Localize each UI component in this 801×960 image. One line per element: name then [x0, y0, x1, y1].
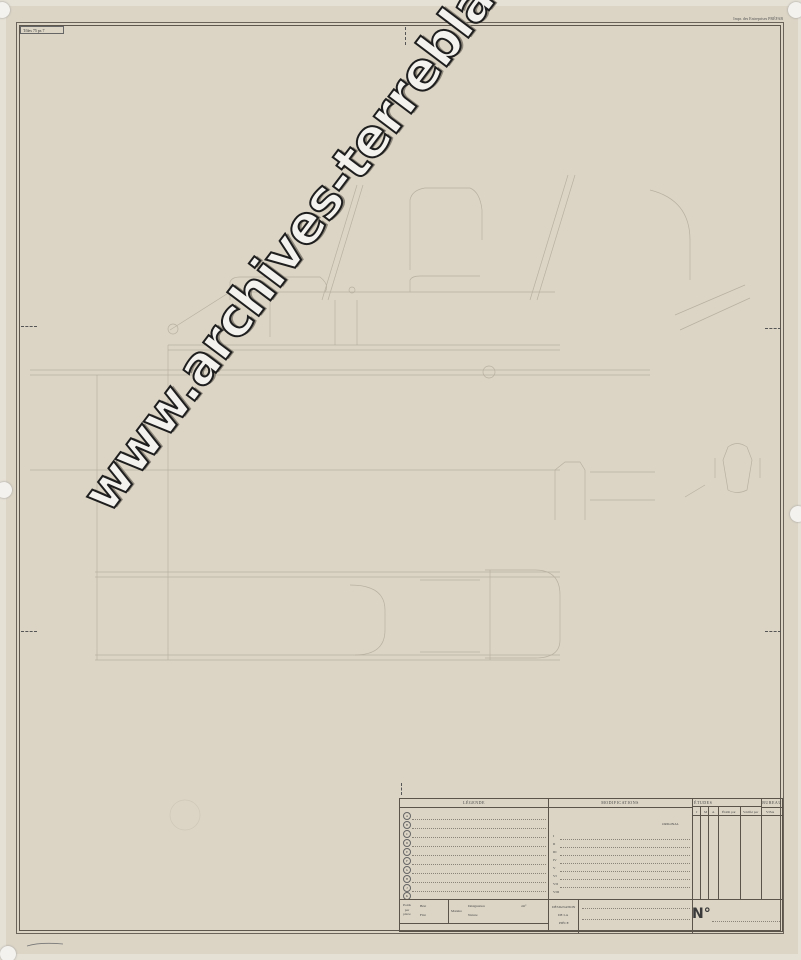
legend-line: [412, 891, 546, 893]
modifications-column: [548, 799, 693, 931]
legend-line: [412, 846, 546, 848]
designation-piece-line2: DE LA: [558, 913, 568, 917]
etudes-subheader-line: [692, 815, 783, 816]
legend-marker-e: E: [403, 848, 411, 856]
modification-line: [560, 887, 690, 889]
legend-marker-b: B: [403, 821, 411, 829]
modification-line: [560, 839, 690, 841]
legend-line: [412, 855, 546, 857]
legend-line: [412, 828, 546, 830]
legend-marker-h: H: [403, 875, 411, 883]
legend-line: [412, 837, 546, 839]
drawing-number-line: [712, 921, 780, 923]
modification-row-iii: III: [553, 850, 557, 854]
drawing-number-label: N°: [692, 906, 711, 922]
poids-label: Poids par pièce: [402, 903, 412, 917]
etudes-col-a: A: [712, 810, 715, 814]
legend-line: [412, 819, 546, 821]
matiere-unit: cm²: [521, 904, 526, 908]
legend-marker-c: C: [403, 830, 411, 838]
matiere-designation-label: Désignation: [468, 904, 485, 908]
modification-row-v: V: [553, 866, 556, 870]
designation-piece-line1: DÉSIGNATION: [552, 905, 575, 909]
designation-divider: [578, 899, 579, 933]
designation-piece-line3: PIÈCE: [559, 921, 569, 925]
poids-fini-label: Fini: [420, 913, 426, 917]
designation-line: [582, 908, 690, 910]
etudes-col-m: M: [704, 810, 707, 814]
etudes-divider-1: [700, 807, 701, 899]
pencil-scribble: [25, 940, 65, 950]
modification-line: [560, 871, 690, 873]
modification-line: [560, 855, 690, 857]
legend-line: [412, 882, 546, 884]
etudes-col-j: J: [696, 810, 697, 814]
legend-marker-j: J: [403, 884, 411, 892]
designation-line: [582, 919, 690, 921]
etudes-header: ÉTUDES: [692, 799, 761, 807]
title-block: LÉGENDE MODIFICATIONS ÉTUDES BUREAU J M …: [399, 798, 783, 932]
etudes-divider-2: [708, 807, 709, 899]
legend-marker-f: F: [403, 857, 411, 865]
etudes-col-etabli: Établi par: [722, 810, 736, 814]
modification-row-viii: VIII: [553, 890, 559, 894]
modification-line: [560, 879, 690, 881]
modification-line: [560, 847, 690, 849]
legend-marker-a: A: [403, 812, 411, 820]
bottom-strip-divider: [400, 899, 783, 900]
legend-marker-d: D: [403, 839, 411, 847]
modification-original-label: ORIGINAL: [662, 822, 679, 826]
legend-marker-g: G: [403, 866, 411, 874]
modification-row-ii: II: [553, 842, 555, 846]
modification-row-vii: VII: [553, 882, 558, 886]
matiere-nature-label: Nature: [468, 913, 478, 917]
etudes-divider-4: [740, 807, 741, 899]
modification-row-vi: VI: [553, 874, 557, 878]
bureau-divider: [761, 799, 762, 899]
matiere-label: Matière: [451, 909, 462, 913]
legend-line: [412, 873, 546, 875]
bureau-header: BUREAU: [761, 799, 783, 808]
poids-divider: [448, 899, 449, 923]
poids-strip-divider: [400, 923, 548, 924]
modification-line: [560, 863, 690, 865]
bureau-col-visa: VISA: [766, 810, 774, 814]
modification-row-iv: IV: [553, 858, 557, 862]
legende-header: LÉGENDE: [400, 799, 548, 808]
poids-brut-label: Brut: [420, 904, 426, 908]
modification-row-i: I: [553, 834, 554, 838]
modifications-header: MODIFICATIONS: [548, 799, 692, 808]
legend-line: [412, 864, 546, 866]
etudes-col-verifie: Vérifié par: [743, 810, 758, 814]
etudes-divider-3: [718, 807, 719, 899]
